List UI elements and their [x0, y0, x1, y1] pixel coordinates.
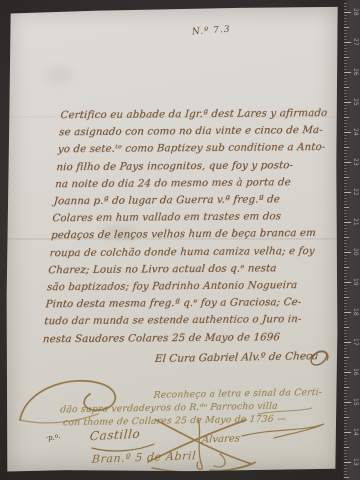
ruler-tick: [344, 312, 351, 313]
ruler-tick: [344, 432, 351, 433]
ruler-tick: [344, 444, 347, 445]
ruler-tick: [344, 297, 349, 298]
ruler-number: 22: [352, 188, 359, 196]
ruler-tick: [344, 231, 347, 232]
ruler-number: 17: [352, 338, 359, 346]
ruler-tick: [344, 465, 347, 466]
ruler-number: 20: [352, 248, 359, 256]
ruler-tick: [344, 357, 349, 358]
notary-signature-right: Alvares: [201, 433, 240, 445]
ruler-tick: [344, 96, 347, 97]
ruler-tick: [344, 252, 351, 253]
ruler-tick: [344, 57, 349, 58]
ruler-tick: [344, 105, 347, 106]
ruler-tick: [344, 156, 347, 157]
ruler-tick: [344, 468, 347, 469]
ruler-tick: [344, 234, 347, 235]
ruler-tick: [344, 414, 347, 415]
ruler-tick: [344, 18, 347, 19]
ruler-tick: [344, 180, 347, 181]
ruler-tick: [344, 141, 347, 142]
ruler-tick: [344, 270, 347, 271]
ruler-tick: [344, 249, 347, 250]
ruler-tick: [344, 309, 347, 310]
ruler-tick: [344, 144, 347, 145]
ruler-number: 23: [352, 158, 359, 166]
ruler-tick: [344, 3, 347, 4]
ruler-tick: [344, 282, 351, 283]
ruler-tick: [344, 375, 347, 376]
ruler-tick: [344, 102, 351, 103]
ruler-tick: [344, 135, 347, 136]
ruler-tick: [344, 438, 347, 439]
ruler-tick: [344, 354, 347, 355]
ruler-tick: [344, 435, 347, 436]
ruler-tick: [344, 39, 347, 40]
ruler-tick: [344, 333, 347, 334]
ruler-tick: [344, 246, 347, 247]
ruler-tick: [344, 351, 347, 352]
ruler-tick: [344, 222, 351, 223]
ruler-tick: [344, 126, 347, 127]
ruler-tick: [344, 108, 347, 109]
ruler-tick: [344, 90, 347, 91]
ruler-tick: [344, 168, 347, 169]
ruler-tick: [344, 12, 351, 13]
ruler-tick: [344, 153, 347, 154]
ruler-tick: [344, 453, 347, 454]
ruler-tick: [344, 369, 347, 370]
folio-notation: N.º 7.3: [192, 25, 231, 38]
ruler-tick: [344, 384, 347, 385]
ruler-tick: [344, 198, 347, 199]
ruler-tick: [344, 138, 347, 139]
ruler-tick: [344, 165, 347, 166]
manuscript-line: Colares em hum vallado em trastes em dos: [52, 211, 282, 224]
ruler-tick: [344, 423, 347, 424]
manuscript-line: na noite do dia 24 do mesmo mes à porta …: [55, 177, 292, 190]
margin-mark: ·p.º·: [46, 434, 60, 442]
ruler-tick: [344, 240, 347, 241]
ruler-tick: [344, 408, 347, 409]
ruler-tick: [344, 411, 347, 412]
manuscript-line: yo de sete.ᵗᵉ como Baptizey sub conditio…: [57, 142, 325, 155]
ruler-tick: [344, 291, 347, 292]
photo-background: N.º 7.3 Certifico eu abbade da Igr.ª des…: [0, 0, 360, 480]
ruler-tick: [344, 30, 347, 31]
ruler-tick: [344, 237, 349, 238]
ruler-tick: [344, 162, 351, 163]
ruler-tick: [344, 63, 347, 64]
ruler-tick: [344, 213, 347, 214]
manuscript-line: Certifico eu abbade da Igr.ª dest Lares …: [60, 108, 328, 121]
ruler-tick: [344, 216, 347, 217]
ruler-tick: [344, 294, 347, 295]
ruler-tick: [344, 426, 347, 427]
ruler-tick: [344, 225, 347, 226]
ruler-tick: [344, 258, 347, 259]
ruler-tick: [344, 192, 351, 193]
manuscript-line: Joanna p.ª do lugar da Guerra v.ª freg.ª…: [53, 194, 280, 207]
ruler-tick: [344, 345, 347, 346]
ruler-tick: [344, 417, 349, 418]
ruler-tick: [344, 378, 347, 379]
manuscript-line: pedaços de lenços velhos hum de beça bra…: [51, 228, 317, 241]
ruler-tick: [344, 150, 347, 151]
ruler-tick: [344, 477, 349, 478]
ruler-tick: [344, 27, 349, 28]
ruler-tick: [344, 66, 347, 67]
ruler-tick: [344, 441, 347, 442]
ruler-tick: [344, 405, 347, 406]
priest-signature: El Cura Gabriel Alv.º de Checa: [101, 350, 318, 366]
ruler-tick: [344, 36, 347, 37]
manuscript-line: Charez; Louis no Livro actual dos q.ᵉ ne…: [48, 263, 277, 276]
ruler-tick: [344, 330, 347, 331]
ruler-tick: [344, 471, 347, 472]
ruler-tick: [344, 399, 347, 400]
ruler-tick: [344, 360, 347, 361]
ruler-tick: [344, 111, 347, 112]
ruler-number: 13: [352, 458, 359, 466]
ruler-tick: [344, 132, 351, 133]
ruler-tick: [344, 474, 347, 475]
ruler-number: 24: [352, 128, 359, 136]
ruler-tick: [344, 6, 347, 7]
ruler-tick: [344, 201, 347, 202]
ruler-tick: [344, 42, 351, 43]
ruler-tick: [344, 147, 349, 148]
ruler-tick: [344, 60, 347, 61]
signature-date-line: Bran.º 5 de Abril: [91, 449, 197, 466]
ruler-tick: [344, 267, 349, 268]
ruler-tick: [344, 129, 347, 130]
ruler-number: 26: [352, 68, 359, 76]
ruler-tick: [344, 273, 347, 274]
ruler-tick: [344, 264, 347, 265]
ruler-tick: [344, 342, 351, 343]
ruler-tick: [344, 45, 347, 46]
ruler-tick: [344, 114, 347, 115]
ruler-tick: [344, 459, 347, 460]
ruler-tick: [344, 174, 347, 175]
ruler-tick: [344, 159, 347, 160]
ruler-number: 14: [352, 428, 359, 436]
ruler-tick: [344, 123, 347, 124]
ruler-tick: [344, 117, 349, 118]
ruler-tick: [344, 324, 347, 325]
ruler-tick: [344, 51, 347, 52]
certification-line: con thome de Collares 25 de Mayo de 1736…: [63, 413, 287, 428]
ruler-tick: [344, 372, 351, 373]
manuscript-line: roupa de colchão donde huma camiza velha…: [49, 245, 315, 258]
certification-line: Reconheço a letra e sinal da Certi-: [153, 387, 323, 401]
ruler-tick: [344, 327, 349, 328]
ruler-number: 18: [352, 308, 359, 316]
ruler-tick: [344, 306, 347, 307]
ruler-tick: [344, 450, 347, 451]
ruler-tick: [344, 210, 347, 211]
ruler-number: 27: [352, 38, 359, 46]
ruler-tick: [344, 447, 349, 448]
ruler-tick: [344, 393, 347, 394]
ruler-tick: [344, 33, 347, 34]
ruler-tick: [344, 288, 347, 289]
ruler-tick: [344, 279, 347, 280]
ruler-tick: [344, 21, 347, 22]
ruler-tick: [344, 336, 347, 337]
ruler-tick: [344, 120, 347, 121]
ruler-tick: [344, 72, 351, 73]
ruler-tick: [344, 339, 347, 340]
ruler-tick: [344, 228, 347, 229]
ruler-tick: [344, 348, 347, 349]
ruler-number: 25: [352, 98, 359, 106]
ruler-number: 28: [352, 8, 359, 16]
manuscript-line: nio filho de Pays incognitos, que foy y …: [56, 160, 294, 173]
ruler-tick: [344, 75, 347, 76]
ruler-tick: [344, 69, 347, 70]
ruler-tick: [344, 381, 347, 382]
ruler-number: 19: [352, 278, 359, 286]
ruler-tick: [344, 48, 347, 49]
ruler-tick: [344, 300, 347, 301]
ruler-tick: [344, 390, 347, 391]
ruler-tick: [344, 318, 347, 319]
ruler-tick: [344, 9, 347, 10]
ruler-number: 21: [352, 218, 359, 226]
manuscript-line: se asignado con como no dia vinte e cinc…: [59, 125, 323, 138]
ruler-tick: [344, 87, 349, 88]
ruler-tick: [344, 171, 347, 172]
ruler-tick: [344, 402, 351, 403]
ruler-tick: [344, 285, 347, 286]
ruler-tick: [344, 195, 347, 196]
ruler-tick: [344, 186, 347, 187]
measurement-ruler: 28272625242322212019181716151413: [343, 0, 360, 480]
ruler-tick: [344, 24, 347, 25]
ruler-tick: [344, 315, 347, 316]
ruler-tick: [344, 99, 347, 100]
ruler-number: 15: [352, 398, 359, 406]
ruler-tick: [344, 396, 347, 397]
ruler-tick: [344, 366, 347, 367]
ruler-tick: [344, 420, 347, 421]
ruler-tick: [344, 462, 351, 463]
ruler-tick: [344, 207, 349, 208]
certification-block: Reconheço a letra e sinal da Certi-dão s…: [62, 387, 332, 392]
ruler-tick: [344, 183, 347, 184]
ruler-tick: [344, 255, 347, 256]
ruler-tick: [344, 429, 347, 430]
ruler-tick: [344, 276, 347, 277]
ruler-tick: [344, 177, 349, 178]
manuscript-body: Certifico eu abbade da Igr.ª dest Lares …: [61, 108, 341, 110]
manuscript-line: tudo dar munda se estende authentico o J…: [44, 314, 302, 327]
notary-signature-left: Castillo: [89, 427, 141, 444]
ruler-tick: [344, 84, 347, 85]
ruler-tick: [344, 204, 347, 205]
ruler-tick: [344, 261, 347, 262]
ruler-tick: [344, 93, 347, 94]
manuscript-line: Pinto desta mesma freg.ª q.ᵉ foy a Graci…: [45, 297, 302, 310]
ruler-tick: [344, 363, 347, 364]
paper-stain: [46, 66, 72, 84]
ruler-tick: [344, 78, 347, 79]
ruler-tick: [344, 15, 347, 16]
ruler-tick: [344, 387, 349, 388]
ruler-tick: [344, 54, 347, 55]
ruler-tick: [344, 81, 347, 82]
ruler-tick: [344, 456, 347, 457]
ruler-tick: [344, 321, 347, 322]
ruler-tick: [344, 219, 347, 220]
ruler-tick: [344, 189, 347, 190]
ruler-number: 16: [352, 368, 359, 376]
ruler-tick: [344, 243, 347, 244]
manuscript-line: nesta Saudores Colares 25 de Mayo de 169…: [42, 332, 280, 345]
manuscript-page: N.º 7.3 Certifico eu abbade da Igr.ª des…: [6, 6, 339, 472]
manuscript-line: são baptizados; foy Padrinho Antonio Nog…: [46, 280, 297, 293]
ruler-tick: [344, 303, 347, 304]
